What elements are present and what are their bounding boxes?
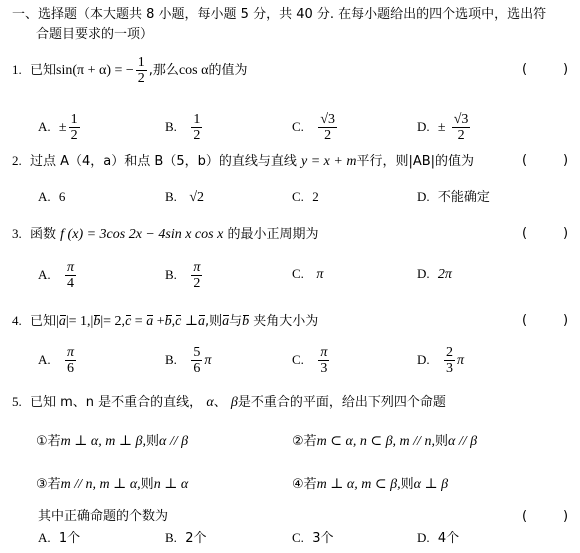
stem-text: ,那么 bbox=[149, 63, 179, 78]
option-d[interactable]: D. 不能确定 bbox=[417, 189, 490, 206]
option-b[interactable]: B. 2个 bbox=[165, 530, 206, 547]
option-fraction: 56 bbox=[191, 345, 202, 376]
option-d[interactable]: D. 4个 bbox=[417, 530, 459, 547]
question-4-stem: 4. 已知|a|= 1,|b|= 2,c = a +b,c ⊥a,则a与b 夹角… bbox=[12, 313, 318, 330]
option-b[interactable]: B. π2 bbox=[165, 258, 204, 293]
stem-math: sin(π + α) = − bbox=[56, 63, 134, 78]
stem-text: 过点 A（4，a）和点 B（5，b）的直线与直线 bbox=[30, 154, 297, 169]
vector-a: a bbox=[146, 314, 153, 330]
question-3-stem: 3. 函数 f (x) = 3cos 2x − 4sin x cos x 的最小… bbox=[12, 226, 318, 243]
answer-paren-open: ( bbox=[522, 509, 527, 525]
option-a[interactable]: A. π6 bbox=[38, 343, 78, 378]
option-b[interactable]: B. 12 bbox=[165, 110, 204, 145]
question-1-stem: 1. 已知sin(π + α) = −12,那么cos α的值为 bbox=[12, 53, 247, 88]
question-number: 2. bbox=[12, 153, 22, 168]
question-2-stem: 2. 过点 A（4，a）和点 B（5，b）的直线与直线 y = x + m平行，… bbox=[12, 153, 474, 170]
stem-math: y = x + m bbox=[301, 154, 356, 169]
option-fraction: 12 bbox=[69, 112, 80, 143]
stem-text: 已知 bbox=[30, 63, 56, 78]
option-fraction: π2 bbox=[191, 260, 202, 291]
option-c[interactable]: C. √32 bbox=[292, 110, 339, 145]
option-fraction: √32 bbox=[318, 112, 337, 143]
stem-text: 是不重合的平面，给出下列四个命题 bbox=[238, 395, 446, 410]
answer-paren-open: ( bbox=[522, 226, 527, 242]
option-fraction: √32 bbox=[452, 112, 471, 143]
answer-paren-open: ( bbox=[522, 153, 527, 169]
section-title-line1: 一、选择题（本大题共 8 小题，每小题 5 分，共 40 分. 在每小题给出的四… bbox=[12, 7, 546, 23]
question-5-stem: 5. 已知 m、n 是不重合的直线， α、 β是不重合的平面，给出下列四个命题 bbox=[12, 394, 446, 411]
option-a[interactable]: A. ±12 bbox=[38, 110, 82, 145]
option-a[interactable]: A. π4 bbox=[38, 258, 78, 293]
option-fraction: 23 bbox=[444, 345, 455, 376]
option-a[interactable]: A. 1个 bbox=[38, 530, 80, 547]
proposition-1: ①若m ⊥ α, m ⊥ β,则α // β bbox=[36, 434, 188, 450]
option-a[interactable]: A. 6 bbox=[38, 189, 65, 206]
question-number: 1. bbox=[12, 62, 22, 77]
vector-a: a bbox=[59, 314, 66, 330]
answer-paren-close: ) bbox=[563, 226, 568, 242]
proposition-2: ②若m ⊂ α, n ⊂ β, m // n,则α // β bbox=[292, 434, 477, 450]
option-c[interactable]: C. 2 bbox=[292, 189, 319, 206]
stem-text: 函数 bbox=[30, 227, 56, 242]
answer-paren-open: ( bbox=[522, 62, 527, 78]
option-c[interactable]: C. 3个 bbox=[292, 530, 333, 547]
question-number: 3. bbox=[12, 226, 22, 241]
option-fraction: π3 bbox=[318, 345, 329, 376]
vector-b: b bbox=[165, 314, 172, 330]
vector-c: c bbox=[175, 314, 181, 330]
stem-fraction: 12 bbox=[136, 55, 147, 86]
vector-a: a bbox=[222, 314, 229, 330]
proposition-4: ④若m ⊥ α, m ⊂ β,则α ⊥ β bbox=[292, 477, 448, 493]
answer-paren-open: ( bbox=[522, 313, 527, 329]
option-fraction: π6 bbox=[65, 345, 76, 376]
option-fraction: π4 bbox=[65, 260, 76, 291]
vector-b: b bbox=[242, 314, 249, 330]
answer-paren-close: ) bbox=[563, 509, 568, 525]
option-d[interactable]: D. 23π bbox=[417, 343, 464, 378]
stem-math: cos α bbox=[179, 63, 209, 78]
question-number: 5. bbox=[12, 394, 22, 409]
answer-paren-close: ) bbox=[563, 313, 568, 329]
option-d[interactable]: D. 2π bbox=[417, 266, 452, 283]
option-c[interactable]: C. π bbox=[292, 266, 323, 283]
stem-text: 夹角大小为 bbox=[253, 314, 318, 329]
question-number: 4. bbox=[12, 313, 22, 328]
option-fraction: 12 bbox=[191, 112, 202, 143]
vector-a: a bbox=[198, 314, 205, 330]
stem-text: 已知 m、n 是不重合的直线， bbox=[30, 395, 202, 410]
stem-text: 平行，则|AB|的值为 bbox=[356, 154, 474, 169]
answer-paren-close: ) bbox=[563, 153, 568, 169]
proposition-3: ③若m // n, m ⊥ α,则n ⊥ α bbox=[36, 477, 188, 493]
stem-text: 已知 bbox=[30, 314, 56, 329]
follow-up-question: 其中正确命题的个数为 bbox=[38, 509, 168, 525]
option-b[interactable]: B. 56π bbox=[165, 343, 211, 378]
vector-b: b bbox=[93, 314, 100, 330]
stem-text: 的最小正周期为 bbox=[227, 227, 318, 242]
option-d[interactable]: D. ± √32 bbox=[417, 110, 472, 145]
answer-paren-close: ) bbox=[563, 62, 568, 78]
section-title-line2: 合题目要求的一项） bbox=[36, 27, 153, 43]
stem-text: 的值为 bbox=[208, 63, 247, 78]
option-b[interactable]: B. √2 bbox=[165, 189, 204, 206]
option-c[interactable]: C. π3 bbox=[292, 343, 331, 378]
vector-c: c bbox=[125, 314, 131, 330]
stem-math: f (x) = 3cos 2x − 4sin x cos x bbox=[60, 227, 223, 242]
